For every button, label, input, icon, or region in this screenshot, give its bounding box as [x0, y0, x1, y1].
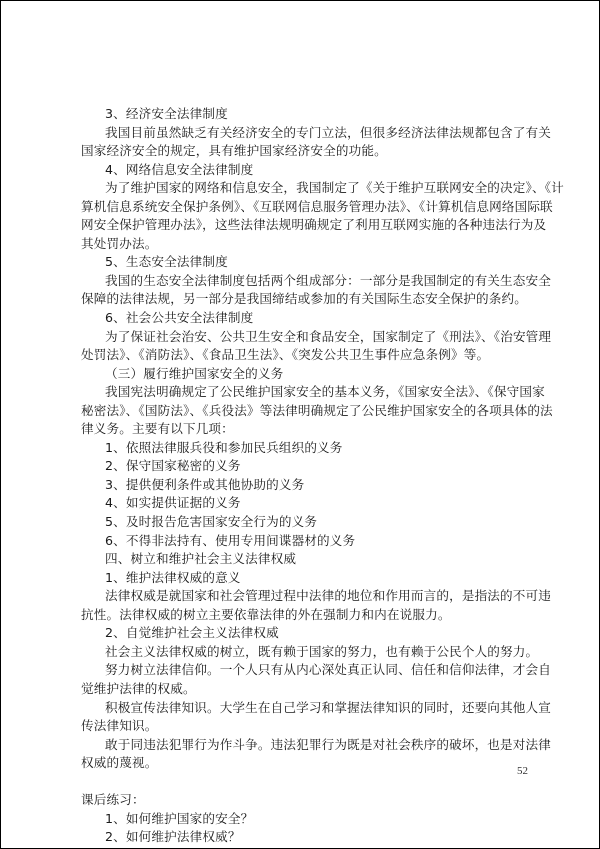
paragraph-line: 我国目前虽然缺乏有关经济安全的专门立法，但很多经济法律法规都包含了有关 [81, 124, 525, 143]
list-item: 6、不得非法持有、使用专用间谍器材的义务 [81, 532, 525, 551]
paragraph-line: 国家经济安全的规定，具有维护国家经济安全的功能。 [81, 142, 525, 161]
paragraph-line: 社会主义法律权威的树立，既有赖于国家的努力，也有赖于公民个人的努力。 [81, 643, 525, 662]
list-item: 4、如实提供证据的义务 [81, 494, 525, 513]
spacer [81, 773, 525, 792]
paragraph-line: 我国的生态安全法律制度包括两个组成部分：一部分是我国制定的有关生态安全 [81, 272, 525, 291]
paragraph-line: 其处罚办法。 [81, 235, 525, 254]
paragraph-line: 秘密法》、《国防法》、《兵役法》等法律明确规定了公民维护国家安全的各项具体的法 [81, 402, 525, 421]
body-text: 3、经济安全法律制度我国目前虽然缺乏有关经济安全的专门立法，但很多经济法律法规都… [81, 105, 525, 773]
list-item: 2、保守国家秘密的义务 [81, 457, 525, 476]
paragraph-line: 觉维护法律的权威。 [81, 680, 525, 699]
paragraph-line: 我国宪法明确规定了公民维护国家安全的基本义务，《国家安全法》、《保守国家 [81, 383, 525, 402]
page-content: 3、经济安全法律制度我国目前虽然缺乏有关经济安全的专门立法，但很多经济法律法规都… [81, 105, 525, 847]
paragraph-line: 保障的法律法规，另一部分是我国缔结或参加的有关国际生态安全保护的条约。 [81, 290, 525, 309]
list-item: 3、提供便利条件或其他协助的义务 [81, 476, 525, 495]
section-heading: 四、树立和维护社会主义法律权威 [81, 550, 525, 569]
paragraph-line: 努力树立法律信仰。一个人只有从内心深处真正认同、信任和信仰法律，才会自 [81, 661, 525, 680]
paragraph-line: 处罚法》、《消防法》、《食品卫生法》、《突发公共卫生事件应急条例》等。 [81, 346, 525, 365]
section-heading: 3、经济安全法律制度 [81, 105, 525, 124]
paragraph-line: 网安全保护管理办法》，这些法律法规明确规定了利用互联网实施的各种违法行为及 [81, 216, 525, 235]
exercise-item-1: 1、如何维护国家的安全？ [81, 810, 525, 829]
page-number: 52 [517, 765, 528, 777]
section-heading: 6、社会公共安全法律制度 [81, 309, 525, 328]
document-page: 3、经济安全法律制度我国目前虽然缺乏有关经济安全的专门立法，但很多经济法律法规都… [0, 0, 600, 849]
paragraph-line: 抗性。法律权威的树立主要依靠法律的外在强制力和内在说服力。 [81, 606, 525, 625]
section-heading: （三）履行维护国家安全的义务 [81, 365, 525, 384]
paragraph-line: 为了维护国家的网络和信息安全，我国制定了《关于维护互联网安全的决定》、《计 [81, 179, 525, 198]
section-heading: 1、维护法律权威的意义 [81, 569, 525, 588]
paragraph-line: 权威的蔑视。 [81, 754, 525, 773]
paragraph-line: 敢于同违法犯罪行为作斗争。违法犯罪行为既是对社会秩序的破坏，也是对法律 [81, 736, 525, 755]
section-heading: 4、网络信息安全法律制度 [81, 161, 525, 180]
section-heading: 5、生态安全法律制度 [81, 253, 525, 272]
exercises-title: 课后练习： [81, 791, 525, 810]
paragraph-line: 律义务。主要有以下几项： [81, 420, 525, 439]
paragraph-line: 为了保证社会治安、公共卫生安全和食品安全，国家制定了《刑法》、《治安管理 [81, 328, 525, 347]
paragraph-line: 积极宣传法律知识。大学生在自己学习和掌握法律知识的同时，还要向其他人宣 [81, 699, 525, 718]
paragraph-line: 传法律知识。 [81, 717, 525, 736]
list-item: 5、及时报告危害国家安全行为的义务 [81, 513, 525, 532]
list-item: 1、依照法律服兵役和参加民兵组织的义务 [81, 439, 525, 458]
section-heading: 2、自觉维护社会主义法律权威 [81, 624, 525, 643]
exercise-item-2: 2、如何维护法律权威？ [81, 828, 525, 847]
paragraph-line: 法律权威是就国家和社会管理过程中法律的地位和作用而言的，是指法的不可违 [81, 587, 525, 606]
paragraph-line: 算机信息系统安全保护条例》、《互联网信息服务管理办法》、《计算机信息网络国际联 [81, 198, 525, 217]
